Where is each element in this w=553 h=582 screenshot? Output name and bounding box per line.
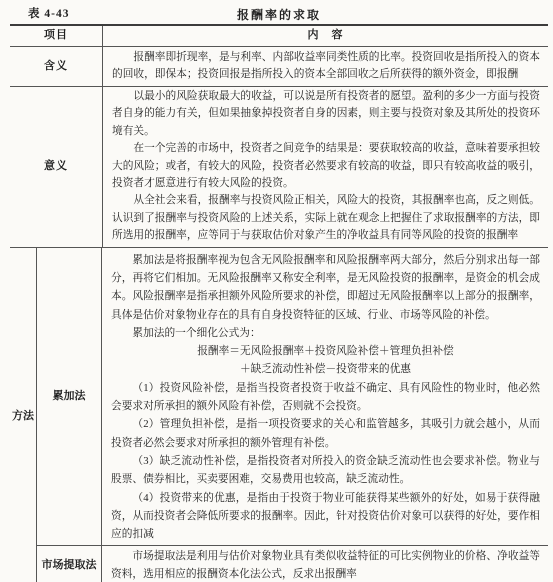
sub-row-label-accumulation: 累加法 <box>37 248 102 546</box>
accumulation-item-3: （3）缺乏流动性补偿，是指投资者对所投入的资金缺乏流动性也会要求补偿。物业与股票… <box>111 452 540 489</box>
table-row-significance: 意义 以最小的风险获取最大的收益，可以说是所有投资者的愿望。盈利的多少一方面与投… <box>10 87 548 248</box>
significance-paragraph-2: 在一个完善的市场中，投资者之间竞争的结果是：要获取较高的收益，意味着要承担较大的… <box>112 140 540 192</box>
row-label-meaning: 含义 <box>10 47 103 86</box>
accumulation-item-1: （1）投资风险补偿，是指当投资者投资于收益不确定、具有风险性的物业时，他必然会要… <box>111 379 540 416</box>
accumulation-item-2: （2）管理负担补偿，是指一项投资要求的关心和监管越多，其吸引力就会越小，从而投资… <box>111 415 540 452</box>
accumulation-item-4: （4）投资带来的优惠，是指由于投资于物业可能获得某些额外的好处，如易于获得融资，… <box>111 489 540 544</box>
column-header-content: 内 容 <box>103 26 548 46</box>
table-caption-label: 表 4-43 <box>28 5 69 21</box>
accumulation-formula-intro: 累加法的一个细化公式为： <box>111 324 540 342</box>
row-label-significance: 意义 <box>10 87 103 247</box>
significance-paragraph-1: 以最小的风险获取最大的收益，可以说是所有投资者的愿望。盈利的多少一方面与投资者自… <box>112 88 540 140</box>
cell-meaning-content: 报酬率即折现率，是与利率、内部收益率同类性质的比率。投资回收是指所投入的资本的回… <box>103 47 548 86</box>
cell-significance-content: 以最小的风险获取最大的收益，可以说是所有投资者的愿望。盈利的多少一方面与投资者自… <box>103 87 548 247</box>
significance-paragraph-3: 从全社会来看，报酬率与投资风险正相关，风险大的投资，其报酬率也高，反之则低。认识… <box>112 192 540 244</box>
document-page: 表 4-43 报酬率的求取 项目 内 容 含义 报酬率即折现率，是与利率、内部收… <box>0 0 553 582</box>
cell-market-extraction-content: 市场提取法是利用与估价对象物业具有类似收益特征的可比实例物业的价格、净收益等资料… <box>102 546 548 582</box>
sub-row-market-extraction-method: 市场提取法 市场提取法是利用与估价对象物业具有类似收益特征的可比实例物业的价格、… <box>37 545 548 582</box>
rate-of-return-table: 项目 内 容 含义 报酬率即折现率，是与利率、内部收益率同类性质的比率。投资回收… <box>10 24 548 582</box>
market-extraction-paragraph: 市场提取法是利用与估价对象物业具有类似收益特征的可比实例物业的价格、净收益等资料… <box>111 548 540 582</box>
cell-accumulation-content: 累加法是将报酬率视为包含无风险报酬率和风险报酬率两大部分，然后分别求出每一部分，… <box>102 248 548 546</box>
accumulation-formula-line-2: ＋缺乏流动性补偿－投资带来的优惠 <box>111 360 540 378</box>
accumulation-paragraph-1: 累加法是将报酬率视为包含无风险报酬率和风险报酬率两大部分，然后分别求出每一部分，… <box>111 251 540 324</box>
meaning-paragraph: 报酬率即折现率，是与利率、内部收益率同类性质的比率。投资回收是指所投入的资本的回… <box>112 49 540 84</box>
table-caption-title: 报酬率的求取 <box>10 4 548 23</box>
sub-row-accumulation-method: 累加法 累加法是将报酬率视为包含无风险报酬率和风险报酬率两大部分，然后分别求出每… <box>37 248 548 546</box>
row-label-method-text: 方法 <box>12 408 34 425</box>
table-header-row: 项目 内 容 <box>10 26 548 47</box>
accumulation-formula-line-1: 报酬率＝无风险报酬率＋投资风险补偿＋管理负担补偿 <box>111 342 540 360</box>
table-row-method: 方法 累加法 累加法是将报酬率视为包含无风险报酬率和风险报酬率两大部分，然后分别… <box>10 248 548 582</box>
column-header-item: 项目 <box>10 26 103 46</box>
sub-row-label-market-extraction: 市场提取法 <box>37 546 102 582</box>
table-row-meaning: 含义 报酬率即折现率，是与利率、内部收益率同类性质的比率。投资回收是指所投入的资… <box>10 47 548 87</box>
table-caption: 表 4-43 报酬率的求取 <box>10 2 548 24</box>
method-sub-rows: 累加法 累加法是将报酬率视为包含无风险报酬率和风险报酬率两大部分，然后分别求出每… <box>37 248 548 582</box>
row-label-method: 方法 <box>10 248 37 582</box>
